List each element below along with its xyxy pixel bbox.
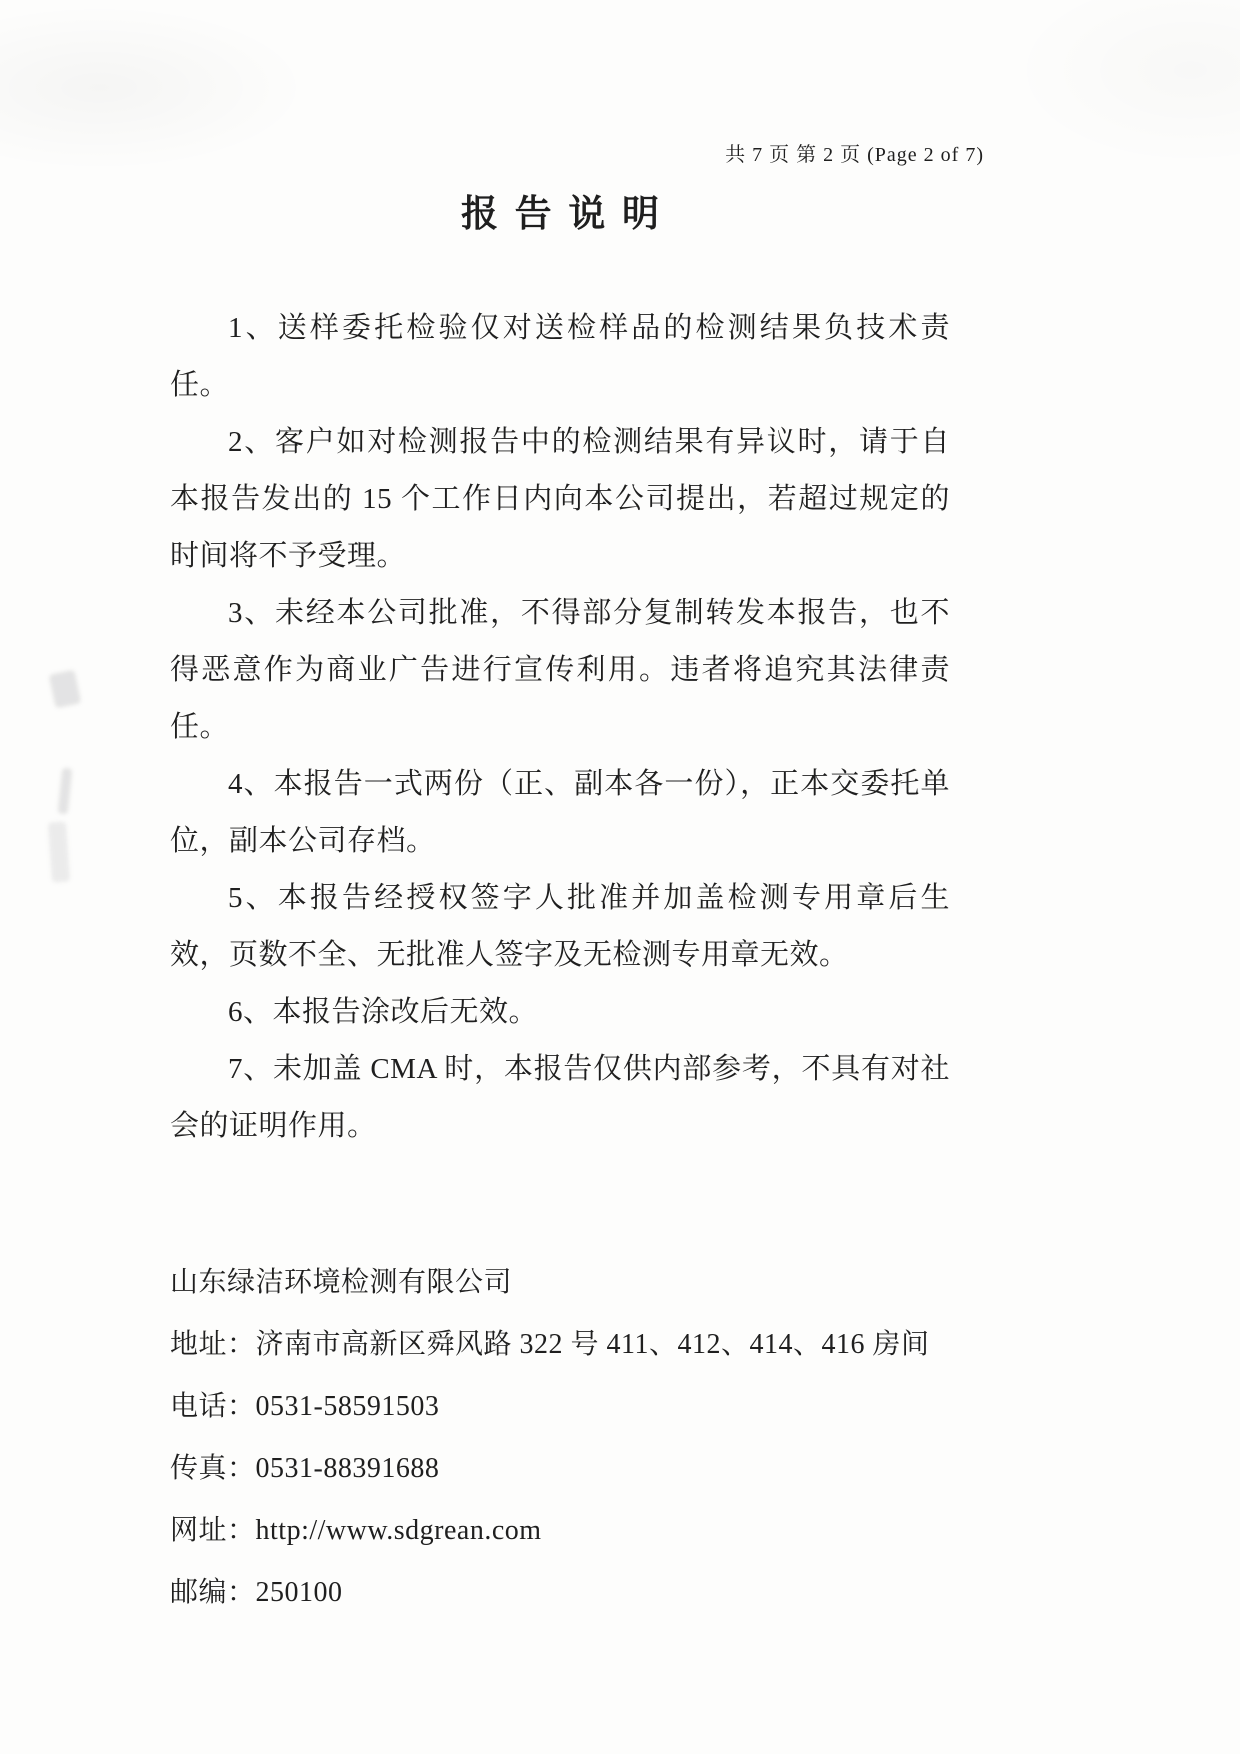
company-phone: 电话：0531-58591503 [170, 1376, 990, 1438]
note-item-6: 6、本报告涂改后无效。 [170, 984, 950, 1041]
page-title: 报告说明 [170, 183, 950, 237]
report-page: 共 7 页 第 2 页 (Page 2 of 7) 报告说明 1、送样委托检验仅… [0, 0, 1240, 1754]
address-label: 地址： [170, 1329, 256, 1360]
note-item-5: 5、本报告经授权签字人批准并加盖检测专用章后生效，页数不全、无批准人签字及无检测… [170, 870, 950, 984]
company-postcode: 邮编：250100 [170, 1562, 990, 1624]
report-notes: 1、送样委托检验仅对送检样品的检测结果负技术责任。 2、客户如对检测报告中的检测… [170, 300, 950, 1155]
phone-value: 0531-58591503 [256, 1391, 440, 1422]
company-name: 山东绿洁环境检测有限公司 [170, 1252, 990, 1314]
fax-value: 0531-88391688 [256, 1453, 440, 1484]
website-label: 网址： [170, 1515, 256, 1546]
phone-label: 电话： [170, 1391, 256, 1422]
note-item-2: 2、客户如对检测报告中的检测结果有异议时，请于自本报告发出的 15 个工作日内向… [170, 414, 950, 585]
address-value: 济南市高新区舜风路 322 号 411、412、414、416 房间 [256, 1329, 930, 1360]
note-item-4: 4、本报告一式两份（正、副本各一份），正本交委托单位，副本公司存档。 [170, 756, 950, 870]
postcode-label: 邮编： [170, 1577, 256, 1608]
company-address: 地址：济南市高新区舜风路 322 号 411、412、414、416 房间 [170, 1314, 990, 1376]
note-item-1: 1、送样委托检验仅对送检样品的检测结果负技术责任。 [170, 300, 950, 414]
scan-bleed-artifact [46, 672, 88, 892]
page-number-info: 共 7 页 第 2 页 (Page 2 of 7) [725, 138, 984, 167]
note-item-3: 3、未经本公司批准，不得部分复制转发本报告，也不得恶意作为商业广告进行宣传利用。… [170, 585, 950, 756]
company-fax: 传真：0531-88391688 [170, 1438, 990, 1500]
website-value: http://www.sdgrean.com [256, 1515, 542, 1546]
postcode-value: 250100 [256, 1577, 343, 1608]
fax-label: 传真： [170, 1453, 256, 1484]
company-website: 网址：http://www.sdgrean.com [170, 1500, 990, 1562]
company-contact-block: 山东绿洁环境检测有限公司 地址：济南市高新区舜风路 322 号 411、412、… [170, 1252, 990, 1624]
note-item-7: 7、未加盖 CMA 时，本报告仅供内部参考，不具有对社会的证明作用。 [170, 1041, 950, 1155]
